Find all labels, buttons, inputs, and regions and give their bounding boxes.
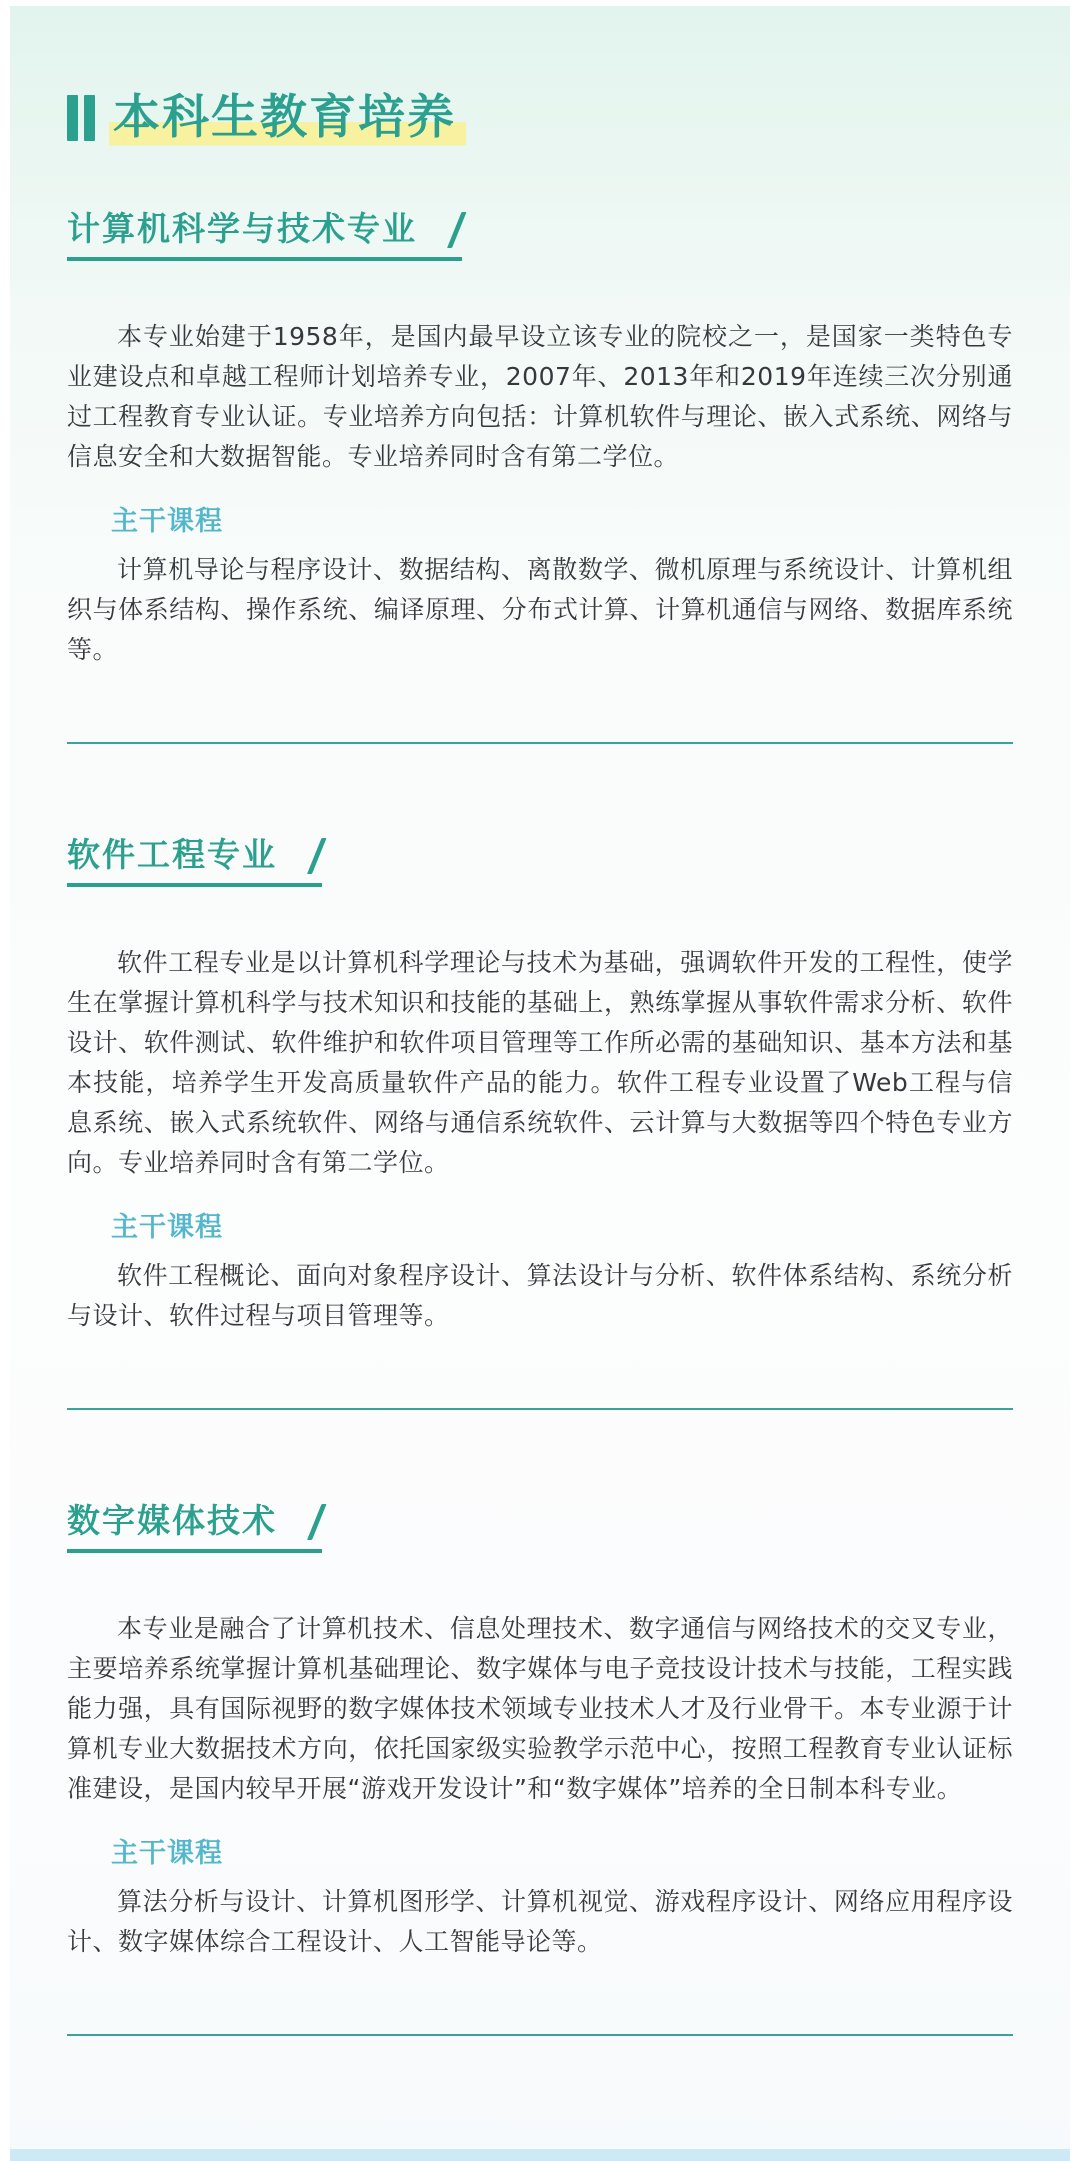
double-bar-icon	[67, 95, 95, 141]
section-description: 本专业是融合了计算机技术、信息处理技术、数字通信与网络技术的交叉专业，主要培养系…	[67, 1609, 1013, 1809]
core-courses-label: 主干课程	[111, 499, 1013, 538]
section-title: 数字媒体技术	[67, 1502, 277, 1540]
page-title-text: 本科生教育培养	[109, 90, 466, 147]
bottom-strip	[10, 2149, 1070, 2161]
core-courses-label: 主干课程	[111, 1205, 1013, 1244]
section-computer-science: 计算机科学与技术专业 本专业始建于1958年，是国内最早设立该专业的院校之一，是…	[67, 146, 1013, 744]
slash-icon	[307, 838, 327, 874]
course-list: 软件工程概论、面向对象程序设计、算法设计与分析、软件体系结构、系统分析与设计、软…	[67, 1256, 1013, 1336]
section-heading: 计算机科学与技术专业	[67, 210, 462, 261]
section-title: 计算机科学与技术专业	[67, 210, 417, 248]
section-divider	[67, 2034, 1013, 2036]
page-title: 本科生教育培养	[109, 90, 466, 146]
section-heading: 数字媒体技术	[67, 1502, 322, 1553]
section-description: 本专业始建于1958年，是国内最早设立该专业的院校之一，是国家一类特色专业建设点…	[67, 317, 1013, 477]
section-software-engineering: 软件工程专业 软件工程专业是以计算机科学理论与技术为基础，强调软件开发的工程性，…	[67, 744, 1013, 1410]
section-digital-media: 数字媒体技术 本专业是融合了计算机技术、信息处理技术、数字通信与网络技术的交叉专…	[67, 1410, 1013, 2036]
slash-icon	[447, 212, 467, 248]
course-list: 计算机导论与程序设计、数据结构、离散数学、微机原理与系统设计、计算机组织与体系结…	[67, 550, 1013, 670]
page: 本科生教育培养 计算机科学与技术专业 本专业始建于1958年，是国内最早设立该专…	[0, 0, 1080, 2161]
core-courses-label: 主干课程	[111, 1831, 1013, 1870]
section-heading: 软件工程专业	[67, 836, 322, 887]
section-title: 软件工程专业	[67, 836, 277, 874]
section-description: 软件工程专业是以计算机科学理论与技术为基础，强调软件开发的工程性，使学生在掌握计…	[67, 943, 1013, 1183]
content-canvas: 本科生教育培养 计算机科学与技术专业 本专业始建于1958年，是国内最早设立该专…	[10, 6, 1070, 2161]
slash-icon	[307, 1504, 327, 1540]
course-list: 算法分析与设计、计算机图形学、计算机视觉、游戏程序设计、网络应用程序设计、数字媒…	[67, 1882, 1013, 1962]
main-title: 本科生教育培养	[67, 90, 1013, 146]
